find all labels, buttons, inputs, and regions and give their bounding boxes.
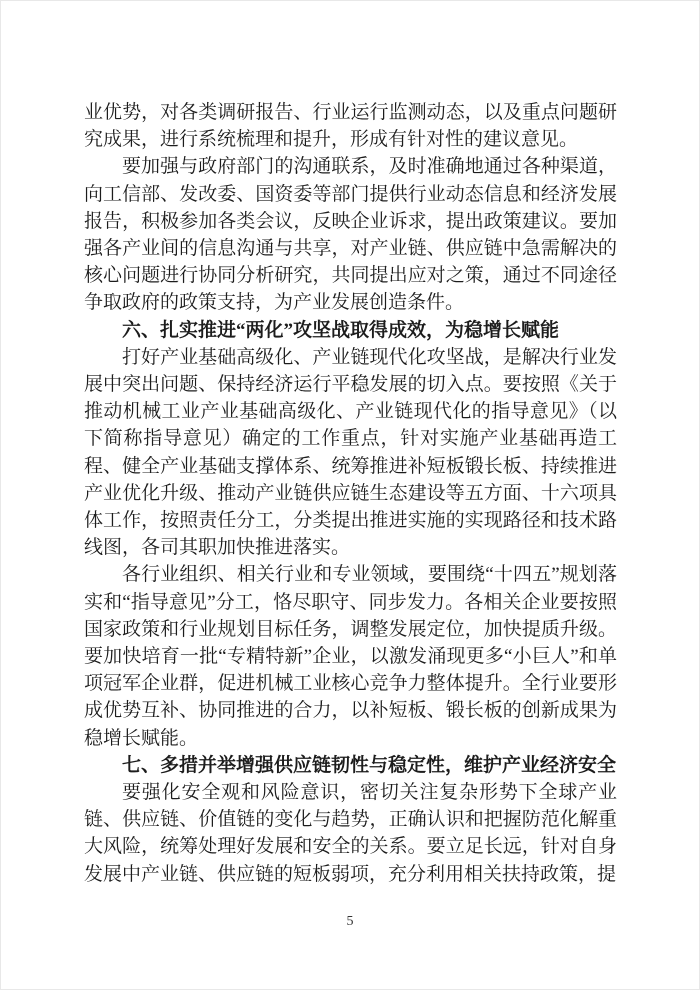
section-heading-7: 七、多措并举增强供应链韧性与稳定性，维护产业经济安全: [84, 752, 617, 779]
paragraph: 打好产业基础高级化、产业链现代化攻坚战，是解决行业发展中突出问题、保持经济运行平…: [84, 344, 617, 562]
page-body-text: 业优势，对各类调研报告、行业运行监测动态，以及重点问题研究成果，进行系统梳理和提…: [84, 99, 617, 888]
paragraph: 要加强与政府部门的沟通联系，及时准确地通过各种渠道，向工信部、发改委、国资委等部…: [84, 153, 617, 316]
document-page: 业优势，对各类调研报告、行业运行监测动态，以及重点问题研究成果，进行系统梳理和提…: [0, 0, 700, 990]
paragraph-continuation: 业优势，对各类调研报告、行业运行监测动态，以及重点问题研究成果，进行系统梳理和提…: [84, 99, 617, 153]
paragraph: 各行业组织、相关行业和专业领域，要围绕“十四五”规划落实和“指导意见”分工，恪尽…: [84, 561, 617, 751]
section-heading-6: 六、扎实推进“两化”攻坚战取得成效，为稳增长赋能: [84, 317, 617, 344]
paragraph: 要强化安全观和风险意识，密切关注复杂形势下全球产业链、供应链、价值链的变化与趋势…: [84, 779, 617, 888]
page-number: 5: [0, 914, 700, 930]
